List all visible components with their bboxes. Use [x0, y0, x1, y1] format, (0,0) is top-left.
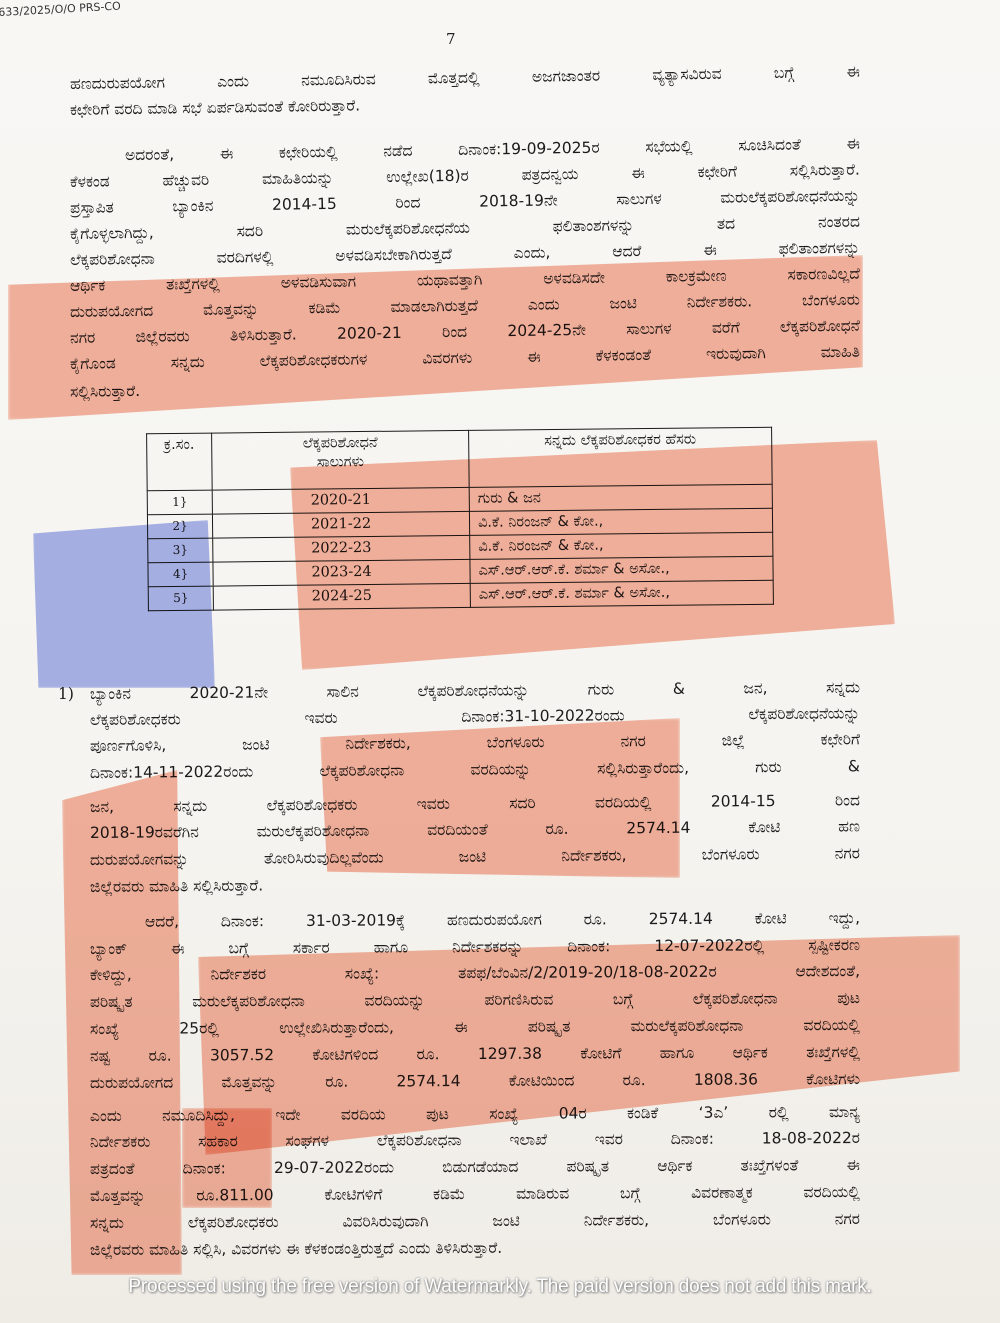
column-header-serial: ಕ್ರ.ಸಂ.: [147, 433, 213, 491]
cell-year: 2022-23: [213, 535, 470, 562]
text-line: ನಿರ್ದೇಶಕರು ಸಹಕಾರ ಸಂಘಗಳ ಲೆಕ್ಕಪರಿಶೋಧನಾ ಇಲಾ…: [90, 1128, 860, 1152]
text-line: ಪರಿಷ್ಕೃತ ಮರುಲೆಕ್ಕಪರಿಶೋಧನಾ ವರದಿಯನ್ನು ಪರಿಗ…: [90, 988, 860, 1012]
text-line: ದುರುಪಯೋಗದ ಮೊತ್ತವನ್ನು ರೂ. 2574.14 ಕೋಟಿಯಿಂ…: [90, 1069, 860, 1093]
text-line: ಬ್ಯಾಂಕಿನ 2020-21ನೇ ಸಾಲಿನ ಲೆಕ್ಕಪರಿಶೋಧನೆಯನ…: [90, 677, 860, 704]
text-line: ಜಿಲ್ಲೆರವರು ಮಾಹಿತಿ ಸಲ್ಲಿಸಿ, ವಿವರಗಳು ಈ ಕೆಳ…: [90, 1236, 860, 1260]
column-header-line: ಲೆಕ್ಕಪರಿಶೋಧನೆ: [220, 433, 460, 455]
auditors-table: ಕ್ರ.ಸಂ. ಲೆಕ್ಕಪರಿಶೋಧನೆ ಸಾಲುಗಳು ಸನ್ನದು ಲೆಕ…: [146, 427, 774, 612]
cell-serial: 1}: [147, 490, 212, 515]
cell-year: 2021-22: [212, 511, 469, 538]
text-line: ಜನ, ಸನ್ನದು ಲೆಕ್ಕಪರಿಶೋಧಕರು ಇವರು ಸದರಿ ವರದಿ…: [90, 790, 860, 817]
cell-auditor: ಎಸ್.ಆರ್.ಆರ್.ಕೆ. ಶರ್ಮಾ & ಅಸೋ.,: [470, 580, 773, 607]
cell-serial: 3}: [148, 538, 213, 563]
cell-year: 2024-25: [213, 583, 470, 610]
cell-year: 2023-24: [213, 559, 470, 586]
text-line: 2018-19ರವರೆಗಿನ ಮರುಲೆಕ್ಕಪರಿಶೋಧನಾ ವರದಿಯಂತೆ…: [90, 816, 860, 843]
text-line: ದುರುಪಯೋಗವನ್ನು ತೋರಿಸಿರುವುದಿಲ್ಲವೆಂದು ಜಂಟಿ …: [90, 843, 860, 870]
text-line: ಸಲ್ಲಿಸಿರುತ್ತಾರೆ.: [70, 370, 860, 402]
text-line: ಎಂದು ನಮೂದಿಸಿದ್ದು, ಇದೇ ವರದಿಯ ಪುಟ ಸಂಖ್ಯೆ 0…: [90, 1102, 860, 1126]
column-header-auditor-name: ಸನ್ನದು ಲೆಕ್ಕಪರಿಶೋಧಕರ ಹೆಸರು: [469, 427, 773, 487]
cell-auditor: ಗುರು & ಜನ: [469, 484, 772, 511]
list-number: 1): [58, 684, 74, 704]
table-row: 5} 2024-25 ಎಸ್.ಆರ್.ಆರ್.ಕೆ. ಶರ್ಮಾ & ಅಸೋ.,: [148, 580, 773, 611]
text-line: ಲೆಕ್ಕಪರಿಶೋಧಕರು ಇವರು ದಿನಾಂಕ:31-10-2022ರಂದ…: [90, 703, 860, 730]
cell-year: 2020-21: [212, 487, 469, 514]
cell-serial: 5}: [148, 586, 213, 611]
text-line: ಆದರೆ, ದಿನಾಂಕ: 31-03-2019ಕ್ಕೆ ಹಣದುರುಪಯೋಗ …: [90, 908, 860, 932]
cell-auditor: ವಿ.ಕೆ. ನಿರಂಜನ್ & ಕೋ.,: [470, 532, 773, 559]
text-line: ಬ್ಯಾಂಕ್ ಈ ಬಗ್ಗೆ ಸರ್ಕಾರ ಹಾಗೂ ನಿರ್ದೇಶಕರನ್ನ…: [90, 935, 860, 959]
cell-serial: 4}: [148, 562, 213, 587]
page-number: 7: [446, 30, 456, 48]
text-line: ಸಂಖ್ಯೆ 25ರಲ್ಲಿ ಉಲ್ಲೇಖಿಸಿರುತ್ತಾರೆಂದು, ಈ ಪ…: [90, 1015, 860, 1039]
cell-serial: 2}: [147, 514, 212, 539]
watermark-text: Processed using the free version of Wate…: [0, 1276, 1000, 1298]
column-header-audit-years: ಲೆಕ್ಕಪರಿಶೋಧನೆ ಸಾಲುಗಳು: [212, 430, 470, 490]
text-line: ಪೂರ್ಣಗೊಳಿಸಿ, ಜಂಟಿ ನಿರ್ದೇಶಕರು, ಬೆಂಗಳೂರು ನ…: [90, 729, 860, 756]
cell-auditor: ಎಸ್.ಆರ್.ಆರ್.ಕೆ. ಶರ್ಮಾ & ಅಸೋ.,: [470, 556, 773, 583]
column-header-line: ಸಾಲುಗಳು: [220, 452, 460, 474]
reference-number: 633/2025/O/O PRS-CO: [0, 0, 121, 19]
text-line: ಕಛೇರಿಗೆ ವರದಿ ಮಾಡಿ ಸಭೆ ಏರ್ಪಡಿಸುವಂತೆ ಕೋರಿರ…: [70, 88, 860, 120]
text-line: ದಿನಾಂಕ:14-11-2022ರಂದು ಲೆಕ್ಕಪರಿಶೋಧನಾ ವರದಿ…: [90, 756, 860, 783]
text-line: ನಷ್ಟ ರೂ. 3057.52 ಕೋಟಿಗಳಿಂದ ರೂ. 1297.38 ಕ…: [90, 1042, 860, 1066]
text-line: ಸನ್ನದು ಲೆಕ್ಕಪರಿಶೋಧಕರು ವಿವರಿಸಿರುವುದಾಗಿ ಜಂ…: [90, 1209, 860, 1233]
document-page: 633/2025/O/O PRS-CO 7 ಹಣದುರುಪಯೋಗ ಎಂದು ನಮ…: [0, 0, 1000, 1323]
cell-auditor: ವಿ.ಕೆ. ನಿರಂಜನ್ & ಕೋ.,: [469, 508, 772, 535]
text-line: ಮೊತ್ತವನ್ನು ರೂ.811.00 ಕೋಟಿಗಳಿಗೆ ಕಡಿಮೆ ಮಾಡ…: [90, 1182, 860, 1206]
text-line: ಜಿಲ್ಲೆರವರು ಮಾಹಿತಿ ಸಲ್ಲಿಸಿರುತ್ತಾರೆ.: [90, 870, 860, 897]
text-line: ಪತ್ರದಂತೆ ದಿನಾಂಕ: 29-07-2022ರಂದು ಬಿಡುಗಡೆಯ…: [90, 1155, 860, 1179]
text-line: ಕೇಳಿದ್ದು, ನಿರ್ದೇಶಕರ ಸಂಖ್ಯೆ: ತಪಫ/ಬೆಂವಿನ/2…: [90, 961, 860, 985]
text-line: ಕೈಗೊಂಡ ಸನ್ನದು ಲೆಕ್ಕಪರಿಶೋಧಕರುಗಳ ವಿವರಗಳು ಈ…: [70, 342, 860, 374]
